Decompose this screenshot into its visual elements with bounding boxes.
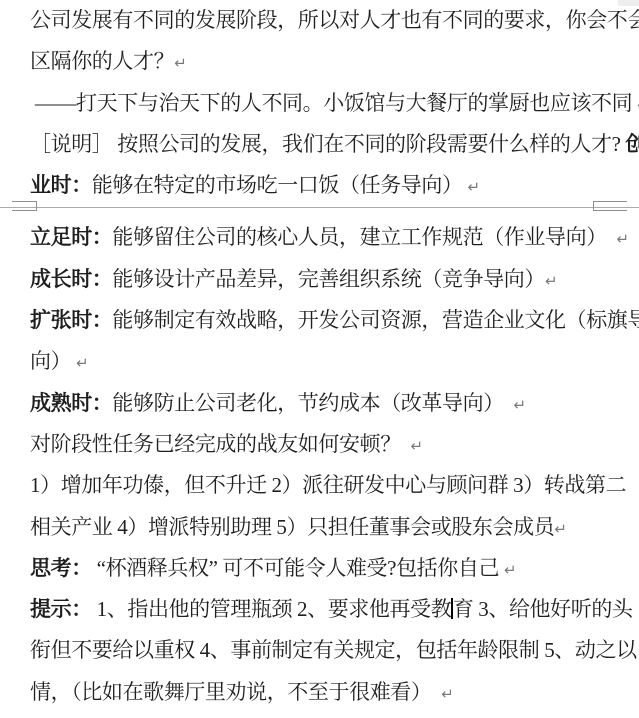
text: “杯酒释兵权” 可不可能令人难受?包括你自己: [92, 556, 504, 580]
page-break-boundary: [0, 206, 639, 217]
text: 对阶段性任务已经完成的战友如何安顿？: [30, 432, 411, 456]
text: 能够制定有效战略，开发公司资源，营造企业文化（标旗导: [112, 308, 639, 332]
paragraph-mark: ↵: [617, 230, 630, 248]
text-line[interactable]: 公司发展有不同的发展阶段，所以对人才也有不同的要求，你会不会: [30, 0, 610, 41]
bold-text: 立足时：: [30, 225, 112, 249]
text-line[interactable]: 向） ↵: [30, 341, 610, 382]
bold-text: 成熟时：: [30, 391, 112, 415]
paragraph-mark: ↵: [76, 354, 89, 372]
paragraph-mark: ↵: [441, 685, 454, 703]
text: 育 3、给他好听的头: [453, 597, 633, 621]
text-line[interactable]: 1）增加年功傣，但不升迁 2）派往研发中心与顾问群 3）转战第二: [30, 465, 610, 506]
text: 相关产业 4）增派特别助理 5）只担任董事会或股东会成员: [30, 515, 554, 539]
text-line[interactable]: 业时：能够在特定的市场吃一口饭（任务导向） ↵: [30, 165, 610, 206]
bold-text: 创: [625, 132, 639, 156]
text-line[interactable]: 提示： 1、指出他的管理瓶颈 2、要求他再受教育 3、给他好听的头: [30, 589, 610, 630]
bold-text: 思考：: [30, 556, 92, 580]
paragraph-mark: ↵: [504, 561, 517, 579]
text-line[interactable]: ——打天下与治天下的人不同。小饭馆与大餐厅的掌厨也应该不同 ↵: [30, 83, 610, 124]
text: 能够在特定的市场吃一口饭（任务导向）: [92, 173, 468, 197]
document-page: 公司发展有不同的发展阶段，所以对人才也有不同的要求，你会不会区隔你的人才？↵ —…: [0, 0, 639, 713]
bold-text: 成长时：: [30, 267, 112, 291]
paragraph-mark: ↵: [467, 178, 480, 196]
text: 向）: [30, 349, 76, 373]
paragraph-mark: ↵: [514, 396, 527, 414]
text-line[interactable]: 扩张时：能够制定有效战略，开发公司资源，营造企业文化（标旗导: [30, 300, 610, 341]
text: 情，（比如在歌舞厅里劝说，不至于很难看）: [30, 680, 441, 704]
text: 1）增加年功傣，但不升迁 2）派往研发中心与顾问群 3）转战第二: [30, 473, 626, 497]
text: 1、指出他的管理瓶颈 2、要求他再受教: [92, 597, 452, 621]
text-line[interactable]: 成长时：能够设计产品差异，完善组织系统（竞争导向）↵: [30, 259, 610, 300]
text: ——打天下与治天下的人不同。小饭馆与大餐厅的掌厨也应该不同: [30, 91, 637, 115]
page-divider-line: [0, 207, 639, 208]
window-edge-artifact: [618, 0, 639, 6]
text-line[interactable]: 思考： “杯酒释兵权” 可不可能令人难受?包括你自己 ↵: [30, 548, 610, 589]
text: 区隔你的人才？: [30, 49, 174, 73]
text-line[interactable]: 成熟时：能够防止公司老化，节约成本（改革导向） ↵: [30, 383, 610, 424]
bold-text: 扩张时：: [30, 308, 112, 332]
paragraph-mark: ↵: [545, 272, 558, 290]
text: 能够留住公司的核心人员，建立工作规范（作业导向）: [112, 225, 616, 249]
paragraph-mark: ↵: [554, 520, 567, 538]
text-line[interactable]: 立足时：能够留住公司的核心人员，建立工作规范（作业导向） ↵: [30, 217, 610, 258]
text-line[interactable]: 相关产业 4）增派特别助理 5）只担任董事会或股东会成员↵: [30, 507, 610, 548]
text-line[interactable]: 区隔你的人才？↵: [30, 41, 610, 82]
text: 能够防止公司老化，节约成本（改革导向）: [112, 391, 513, 415]
text: 能够设计产品差异，完善组织系统（竞争导向）: [112, 267, 545, 291]
bold-text: 业时：: [30, 173, 92, 197]
page-margin-marker-right: [593, 201, 627, 211]
text: ［说明］ 按照公司的发展，我们在不同的阶段需要什么样的人才?: [30, 132, 625, 156]
bold-text: 提示：: [30, 597, 92, 621]
paragraph-mark: ↵: [174, 54, 187, 72]
page-margin-marker-left: [12, 201, 37, 211]
text-line[interactable]: 衔但不要给以重权 4、事前制定有关规定，包括年龄限制 5、动之以: [30, 630, 610, 671]
text: 公司发展有不同的发展阶段，所以对人才也有不同的要求，你会不会: [30, 8, 639, 32]
text-line[interactable]: ［说明］ 按照公司的发展，我们在不同的阶段需要什么样的人才? 创: [30, 124, 610, 165]
text-line[interactable]: 对阶段性任务已经完成的战友如何安顿？ ↵: [30, 424, 610, 465]
text: 衔但不要给以重权 4、事前制定有关规定，包括年龄限制 5、动之以: [30, 638, 637, 662]
text-line[interactable]: 情，（比如在歌舞厅里劝说，不至于很难看） ↵: [30, 672, 610, 713]
paragraph-mark: ↵: [411, 437, 424, 455]
